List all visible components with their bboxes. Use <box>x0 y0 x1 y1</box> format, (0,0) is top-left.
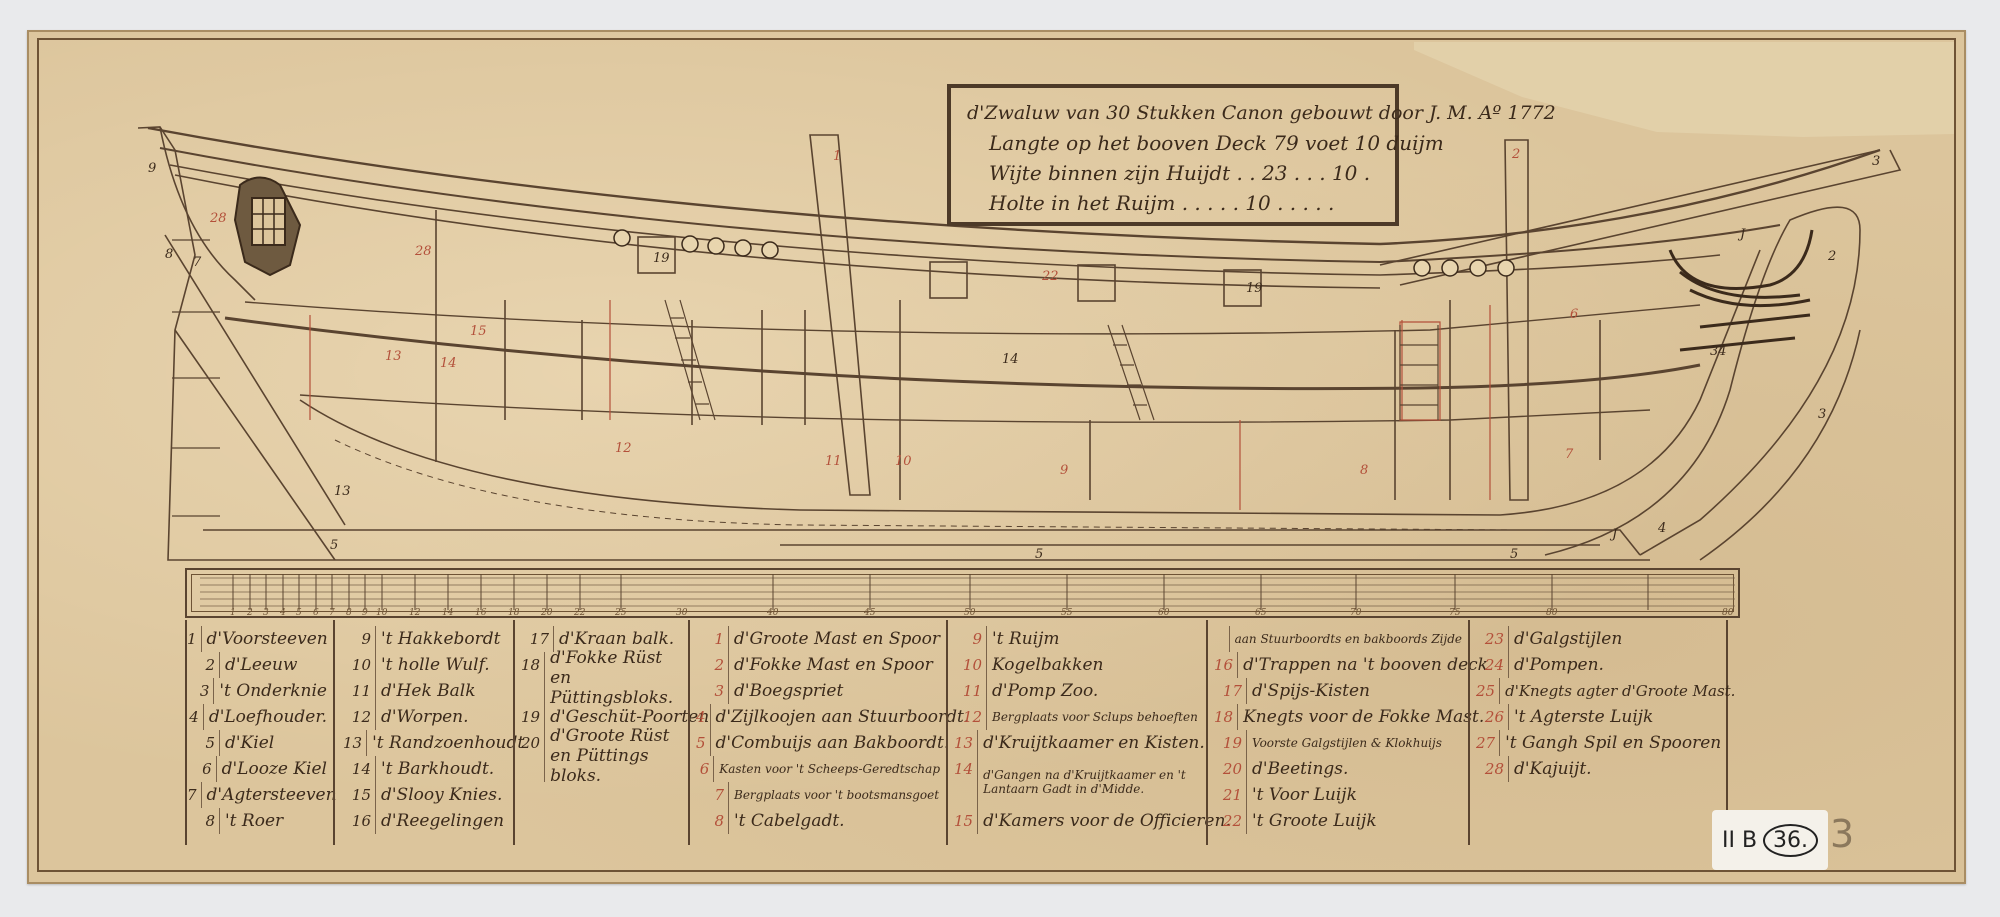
legend-entry: 19Voorste Galgstijlen & Klokhuijs <box>1214 730 1462 756</box>
stamp-number: 36. <box>1763 824 1818 857</box>
svg-text:65: 65 <box>1255 608 1267 618</box>
svg-text:20: 20 <box>540 608 553 618</box>
svg-text:6: 6 <box>313 608 319 618</box>
legend-entry: 25d'Knegts agter d'Groote Mast. <box>1476 678 1720 704</box>
svg-text:50: 50 <box>964 608 976 618</box>
legend-entry: 11d'Hek Balk <box>343 678 507 704</box>
legend-entry: 10't holle Wulf. <box>343 652 507 678</box>
legend-column-4: 1d'Groote Mast en Spoor 2d'Fokke Mast en… <box>688 620 946 845</box>
svg-text:80: 80 <box>1546 608 1558 618</box>
svg-text:1: 1 <box>230 608 236 618</box>
svg-text:70: 70 <box>1350 608 1362 618</box>
legend-column-5: 9't Ruijm 10Kogelbakken 11d'Pomp Zoo. 12… <box>946 620 1206 845</box>
legend-entry: 7Bergplaats voor 't bootsmansgoet <box>696 782 940 808</box>
legend-entry: 18Knegts voor de Fokke Mast. <box>1214 704 1462 730</box>
legend-entry: 13't Randzoenhoudt <box>343 730 507 756</box>
legend-entry: 13d'Kruijtkaamer en Kisten. <box>954 730 1200 756</box>
legend-entry: 12Bergplaats voor Sclups behoeften <box>954 704 1200 730</box>
legend-entry: 27't Gangh Spil en Spooren <box>1476 730 1720 756</box>
legend-entry: 3't Onderknie <box>187 678 327 704</box>
legend-entry: 14't Barkhoudt. <box>343 756 507 782</box>
legend-entry: 14d'Gangen na d'Kruijtkaamer en 't Lanta… <box>954 756 1204 808</box>
svg-text:55: 55 <box>1061 608 1073 618</box>
legend-entry: 5d'Combuijs aan Bakboordt. <box>696 730 940 756</box>
legend-column-1: 1d'Voorsteeven 2d'Leeuw 3't Onderknie 4d… <box>185 620 333 845</box>
legend-entry: 18d'Fokke Rüst en Püttingsbloks. <box>521 652 686 704</box>
legend-entry: 9't Ruijm <box>954 626 1200 652</box>
legend-entry: 16d'Trappen na 't booven deck <box>1214 652 1462 678</box>
legend-entry: 26't Agterste Luijk <box>1476 704 1720 730</box>
legend-entry: 24d'Pompen. <box>1476 652 1720 678</box>
legend-entry: 6d'Looze Kiel <box>187 756 327 782</box>
legend-entry: 28d'Kajuijt. <box>1476 756 1720 782</box>
svg-text:5: 5 <box>296 608 302 618</box>
legend-entry: 11d'Pomp Zoo. <box>954 678 1200 704</box>
svg-text:12: 12 <box>409 608 421 618</box>
svg-text:8: 8 <box>346 608 352 618</box>
svg-text:14: 14 <box>442 608 454 618</box>
legend-entry: 20d'Beetings. <box>1214 756 1462 782</box>
svg-text:9: 9 <box>362 608 368 618</box>
legend-entry: 7d'Agtersteeven <box>187 782 327 808</box>
legend-entry: 1d'Groote Mast en Spoor <box>696 626 940 652</box>
pencil-mark: 3 <box>1830 812 1854 856</box>
legend-column-2: 9't Hakkebordt 10't holle Wulf. 11d'Hek … <box>333 620 513 845</box>
catalogue-stamp: II B 36. <box>1712 810 1828 870</box>
legend-entry: 5d'Kiel <box>187 730 327 756</box>
svg-text:25: 25 <box>614 608 627 618</box>
legend-entry: 4d'Loefhouder. <box>187 704 327 730</box>
legend-entry: 23d'Galgstijlen <box>1476 626 1720 652</box>
svg-text:80: 80 <box>1722 608 1734 618</box>
svg-text:3: 3 <box>263 608 269 618</box>
legend-entry: 2d'Fokke Mast en Spoor <box>696 652 940 678</box>
legend-entry: 8't Roer <box>187 808 327 834</box>
legend-entry: 17d'Spijs-Kisten <box>1214 678 1462 704</box>
legend-entry: 22't Groote Luijk <box>1214 808 1462 834</box>
svg-text:40: 40 <box>766 608 779 618</box>
svg-text:18: 18 <box>508 608 520 618</box>
legend-entry: 21't Voor Luijk <box>1214 782 1462 808</box>
svg-text:75: 75 <box>1449 608 1461 618</box>
legend-entry: 12d'Worpen. <box>343 704 507 730</box>
svg-text:2: 2 <box>246 608 253 618</box>
legend-entry: 9't Hakkebordt <box>343 626 507 652</box>
legend-entry: 3d'Boegspriet <box>696 678 940 704</box>
legend-column-3: 17d'Kraan balk. 18d'Fokke Rüst en Püttin… <box>513 620 688 845</box>
svg-text:45: 45 <box>863 608 876 618</box>
legend-entry: 20d'Groote Rüst en Püttings bloks. <box>521 730 686 782</box>
legend-table: 1d'Voorsteeven 2d'Leeuw 3't Onderknie 4d… <box>185 620 1728 845</box>
svg-text:16: 16 <box>475 608 487 618</box>
legend-entry: 15d'Slooy Knies. <box>343 782 507 808</box>
legend-entry: 2d'Leeuw <box>187 652 327 678</box>
stamp-prefix: II B <box>1722 828 1757 853</box>
svg-text:22: 22 <box>573 608 586 618</box>
legend-column-7: 23d'Galgstijlen 24d'Pompen. 25d'Knegts a… <box>1468 620 1728 845</box>
legend-entry: 4d'Zijlkoojen aan Stuurboordt. <box>696 704 940 730</box>
legend-entry: 1d'Voorsteeven <box>187 626 327 652</box>
svg-text:4: 4 <box>279 608 286 618</box>
svg-text:10: 10 <box>376 608 388 618</box>
legend-entry: 15d'Kamers voor de Officieren. <box>954 808 1200 834</box>
legend-entry: 10Kogelbakken <box>954 652 1200 678</box>
legend-entry: 16d'Reegelingen <box>343 808 507 834</box>
legend-entry: aan Stuurboordts en bakboords Zijde <box>1214 626 1462 652</box>
svg-text:30: 30 <box>676 608 688 618</box>
legend-entry: 6Kasten voor 't Scheeps-Geredtschap <box>696 756 940 782</box>
legend-entry: 8't Cabelgadt. <box>696 808 940 834</box>
legend-column-6: aan Stuurboordts en bakboords Zijde 16d'… <box>1206 620 1468 845</box>
svg-text:7: 7 <box>329 608 335 618</box>
svg-text:60: 60 <box>1158 608 1170 618</box>
